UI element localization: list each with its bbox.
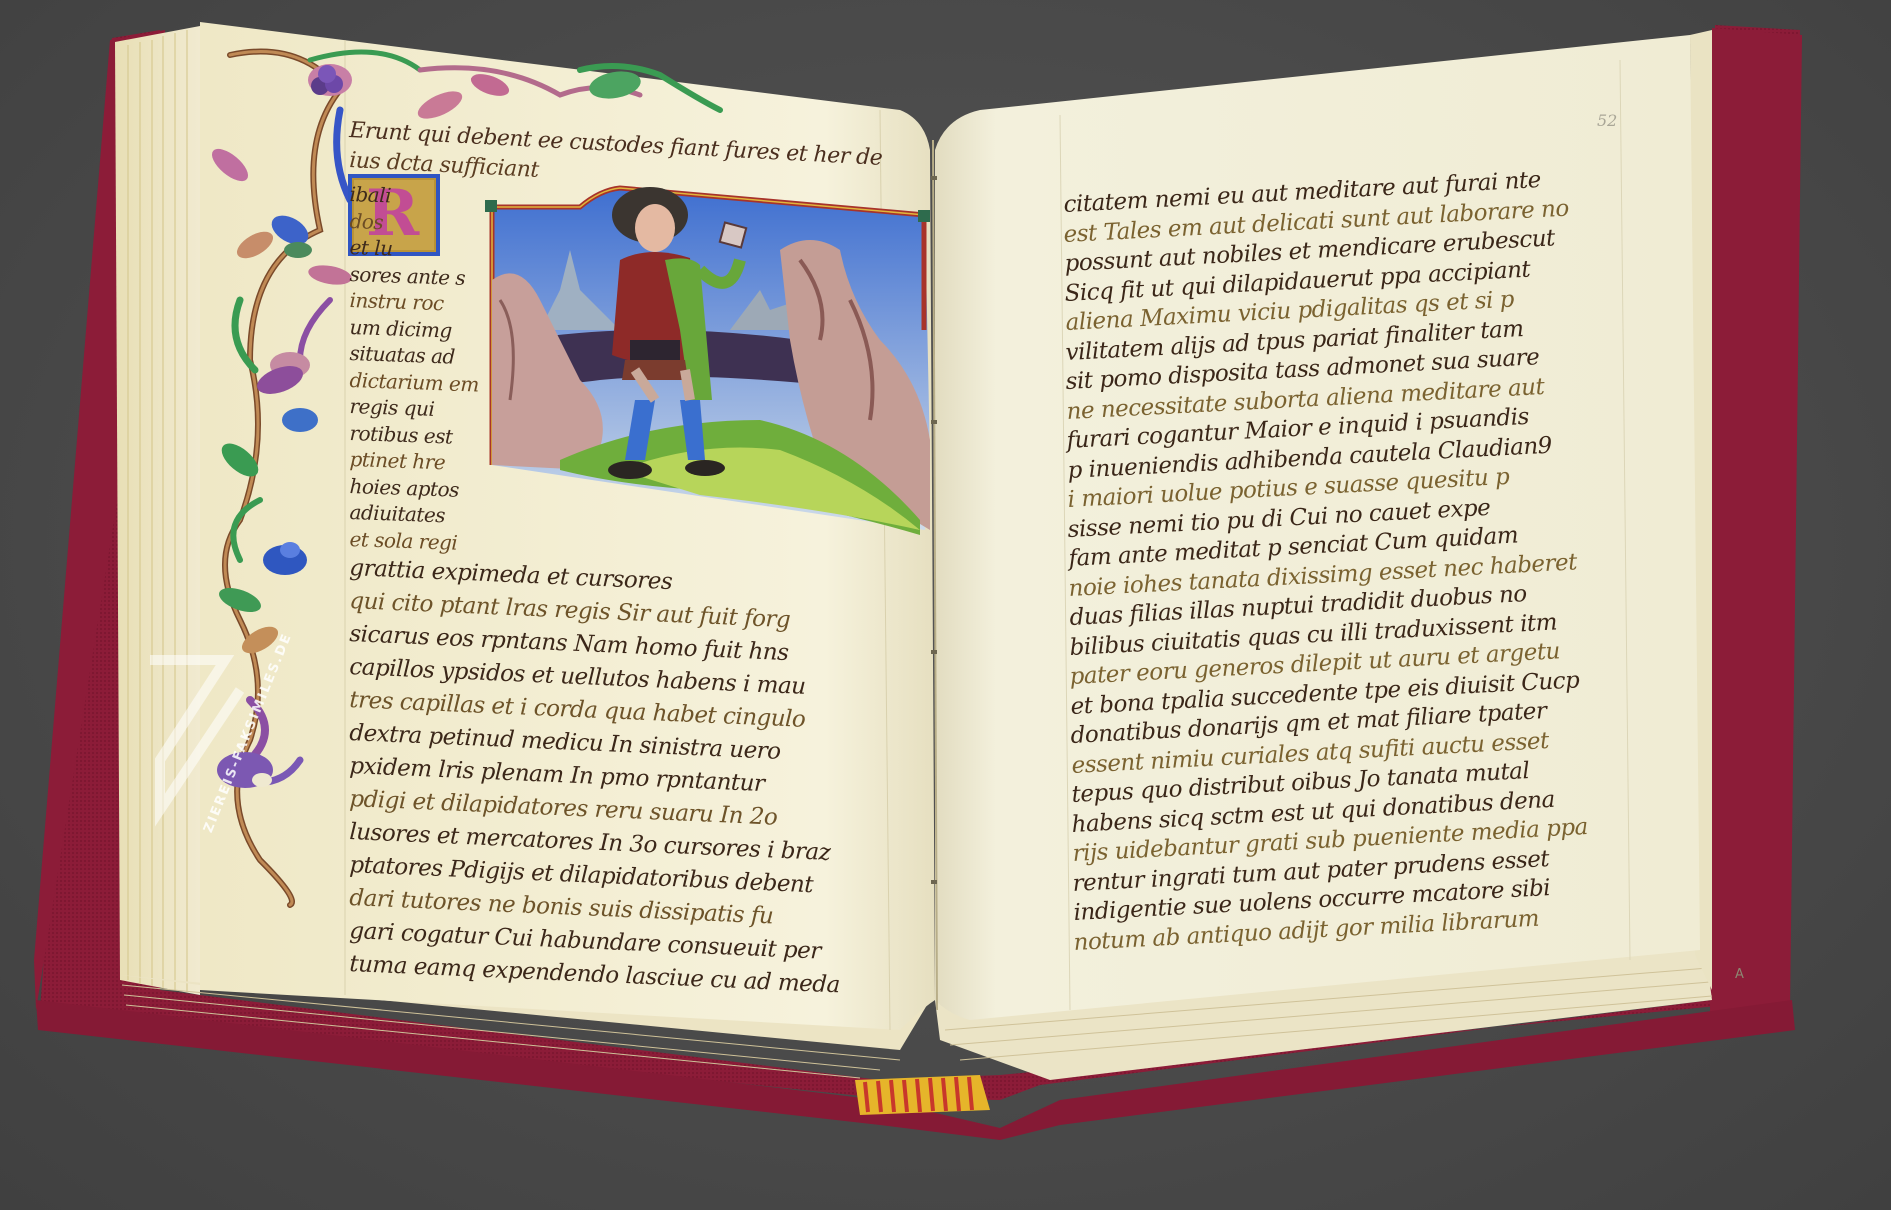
column-line: um dicimg — [349, 315, 452, 343]
column-line: dos — [349, 209, 383, 234]
column-line: sores ante s — [349, 262, 465, 290]
scene: 52 A R Erunt qui debent ee custodes fian… — [0, 0, 1891, 1210]
column-line: hoies aptos — [349, 474, 459, 502]
column-line: ptinet hre — [349, 447, 445, 474]
corner-mark: A — [1735, 967, 1744, 982]
column-line: rotibus est — [349, 421, 453, 449]
folio-number: 52 — [1597, 111, 1617, 130]
column-line: ibali — [349, 182, 391, 207]
column-line: dictarium em — [349, 368, 479, 396]
column-line: situatas ad — [349, 341, 455, 369]
column-line: et sola regi — [349, 527, 458, 555]
column-line: regis qui — [349, 394, 435, 421]
column-line: instru roc — [349, 288, 444, 315]
book-illustration: 52 A — [0, 0, 1891, 1210]
column-line: adiuitates — [349, 500, 445, 527]
column-line: et lu — [349, 235, 393, 260]
